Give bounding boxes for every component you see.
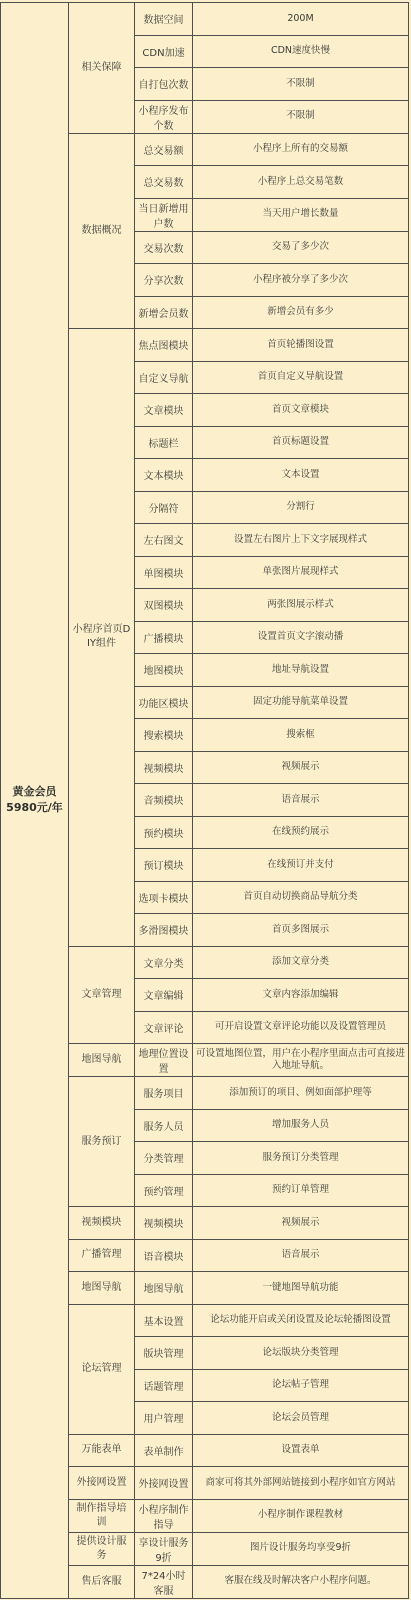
description-cell: 首页标题设置 [193, 426, 409, 459]
feature-cell: 多滑图模块 [135, 914, 193, 947]
description-cell: CDN速度快慢 [193, 35, 409, 68]
description-cell: 新增会员有多少 [193, 296, 409, 329]
feature-cell: 音频模块 [135, 784, 193, 817]
feature-cell: 搜索模块 [135, 719, 193, 752]
feature-cell: 分隔符 [135, 491, 193, 524]
description-cell: 服务预订分类管理 [193, 1142, 409, 1175]
description-cell: 论坛帖子管理 [193, 1369, 409, 1402]
description-cell: 首页自动切换商品导航分类 [193, 881, 409, 914]
section-cell: 文章管理 [69, 946, 135, 1044]
description-cell: 在线预约展示 [193, 816, 409, 849]
description-cell: 语音展示 [193, 784, 409, 817]
description-cell: 设置左右图片上下文字展现样式 [193, 524, 409, 557]
feature-cell: 享设计服务9折 [135, 1532, 193, 1565]
description-cell: 搜索框 [193, 719, 409, 752]
description-cell: 首页自定义导航设置 [193, 361, 409, 394]
section-cell: 地图导航 [69, 1272, 135, 1305]
feature-cell: 文章分类 [135, 946, 193, 979]
feature-cell: 服务项目 [135, 1077, 193, 1110]
description-cell: 视频展示 [193, 1207, 409, 1240]
feature-cell: 小程序制作指导 [135, 1499, 193, 1532]
description-cell: 图片设计服务均享受9折 [193, 1532, 409, 1565]
feature-cell: 自定义导航 [135, 361, 193, 394]
feature-cell: 焦点图模块 [135, 329, 193, 362]
feature-cell: 地图模块 [135, 654, 193, 687]
description-cell: 可开启设置文章评论功能以及设置管理员 [193, 1011, 409, 1044]
description-cell: 添加预订的项目、例如面部护理等 [193, 1077, 409, 1110]
description-cell: 不限制 [193, 100, 409, 133]
feature-cell: 左右图文 [135, 524, 193, 557]
section-cell: 服务预订 [69, 1077, 135, 1207]
description-cell: 设置首页文字滚动播 [193, 621, 409, 654]
feature-cell: 预约管理 [135, 1174, 193, 1207]
description-cell: 分割行 [193, 491, 409, 524]
description-cell: 文本设置 [193, 459, 409, 492]
feature-cell: 文本模块 [135, 459, 193, 492]
feature-cell: 话题管理 [135, 1369, 193, 1402]
feature-cell: 文章模块 [135, 394, 193, 427]
feature-cell: 广播模块 [135, 621, 193, 654]
description-cell: 论坛会员管理 [193, 1402, 409, 1435]
description-cell: 语音展示 [193, 1239, 409, 1272]
description-cell: 一键地图导航功能 [193, 1272, 409, 1305]
section-cell: 相关保障 [69, 3, 135, 134]
description-cell: 首页多图展示 [193, 914, 409, 947]
description-cell: 添加文章分类 [193, 946, 409, 979]
section-cell: 地图导航 [69, 1044, 135, 1077]
section-cell: 视频模块 [69, 1207, 135, 1240]
feature-cell: 单图模块 [135, 556, 193, 589]
plan-price: 5980元/年 [4, 800, 65, 817]
feature-cell: 地理位置设置 [135, 1044, 193, 1077]
section-cell: 小程序首页DIY组件 [69, 329, 135, 947]
feature-cell: 基本设置 [135, 1304, 193, 1337]
description-cell: 论坛功能开启或关闭设置及论坛轮播图设置 [193, 1304, 409, 1337]
description-cell: 增加服务人员 [193, 1109, 409, 1142]
feature-cell: 交易次数 [135, 231, 193, 264]
feature-cell: 服务人员 [135, 1109, 193, 1142]
feature-cell: 总交易额 [135, 133, 193, 166]
feature-cell: 新增会员数 [135, 296, 193, 329]
feature-cell: 表单制作 [135, 1434, 193, 1467]
description-cell: 交易了多少次 [193, 231, 409, 264]
feature-cell: 分类管理 [135, 1142, 193, 1175]
feature-cell: 地图导航 [135, 1272, 193, 1305]
section-cell: 广播管理 [69, 1239, 135, 1272]
section-cell: 提供设计服务 [69, 1532, 135, 1565]
section-cell: 万能表单 [69, 1434, 135, 1467]
section-cell: 制作指导培训 [69, 1499, 135, 1532]
description-cell: 固定功能导航菜单设置 [193, 686, 409, 719]
feature-cell: 外接网设置 [135, 1467, 193, 1500]
feature-cell: 用户管理 [135, 1402, 193, 1435]
feature-cell: 数据空间 [135, 3, 193, 36]
description-cell: 在线预订并支付 [193, 849, 409, 882]
feature-cell: 7*24小时客服 [135, 1565, 193, 1598]
feature-cell: 预约模块 [135, 816, 193, 849]
table-row: 黄金会员5980元/年相关保障数据空间200M [1, 3, 409, 36]
description-cell: 设置表单 [193, 1434, 409, 1467]
section-cell: 论坛管理 [69, 1304, 135, 1434]
description-cell: 小程序上总交易笔数 [193, 166, 409, 199]
feature-cell: 分享次数 [135, 264, 193, 297]
description-cell: 首页轮播图设置 [193, 329, 409, 362]
section-cell: 数据概况 [69, 133, 135, 329]
description-cell: 两张图展示样式 [193, 589, 409, 622]
feature-cell: 双图模块 [135, 589, 193, 622]
feature-cell: 文章评论 [135, 1011, 193, 1044]
description-cell: 商家可将其外部网站链接到小程序如官方网站 [193, 1467, 409, 1500]
description-cell: 小程序制作课程教材 [193, 1499, 409, 1532]
feature-cell: 视频模块 [135, 751, 193, 784]
feature-cell: 文章编辑 [135, 979, 193, 1012]
feature-cell: 语音模块 [135, 1239, 193, 1272]
description-cell: 当天用户增长数量 [193, 198, 409, 231]
description-cell: 小程序上所有的交易额 [193, 133, 409, 166]
feature-cell: CDN加速 [135, 35, 193, 68]
description-cell: 文章内容添加编辑 [193, 979, 409, 1012]
description-cell: 小程序被分享了多少次 [193, 264, 409, 297]
feature-cell: 版块管理 [135, 1337, 193, 1370]
feature-cell: 预订模块 [135, 849, 193, 882]
feature-cell: 当日新增用户数 [135, 198, 193, 231]
description-cell: 单张图片展现样式 [193, 556, 409, 589]
description-cell: 地址导航设置 [193, 654, 409, 687]
feature-cell: 标题栏 [135, 426, 193, 459]
description-cell: 200M [193, 3, 409, 36]
plan-cell: 黄金会员5980元/年 [1, 3, 69, 1599]
feature-cell: 总交易数 [135, 166, 193, 199]
description-cell: 预约订单管理 [193, 1174, 409, 1207]
description-cell: 视频展示 [193, 751, 409, 784]
section-cell: 外接网设置 [69, 1467, 135, 1500]
feature-cell: 功能区模块 [135, 686, 193, 719]
feature-cell: 小程序发布个数 [135, 100, 193, 133]
description-cell: 首页文章模块 [193, 394, 409, 427]
description-cell: 不限制 [193, 68, 409, 101]
feature-cell: 自打包次数 [135, 68, 193, 101]
section-cell: 售后客服 [69, 1565, 135, 1598]
description-cell: 客服在线及时解决客户小程序问题。 [193, 1565, 409, 1598]
plan-name: 黄金会员 [4, 784, 65, 801]
description-cell: 论坛版块分类管理 [193, 1337, 409, 1370]
feature-cell: 视频模块 [135, 1207, 193, 1240]
membership-feature-table: 黄金会员5980元/年相关保障数据空间200MCDN加速CDN速度快慢自打包次数… [0, 2, 409, 1599]
feature-cell: 选项卡模块 [135, 881, 193, 914]
description-cell: 可设置地图位置，用户在小程序里面点击可直接进入地址导航。 [193, 1044, 409, 1077]
